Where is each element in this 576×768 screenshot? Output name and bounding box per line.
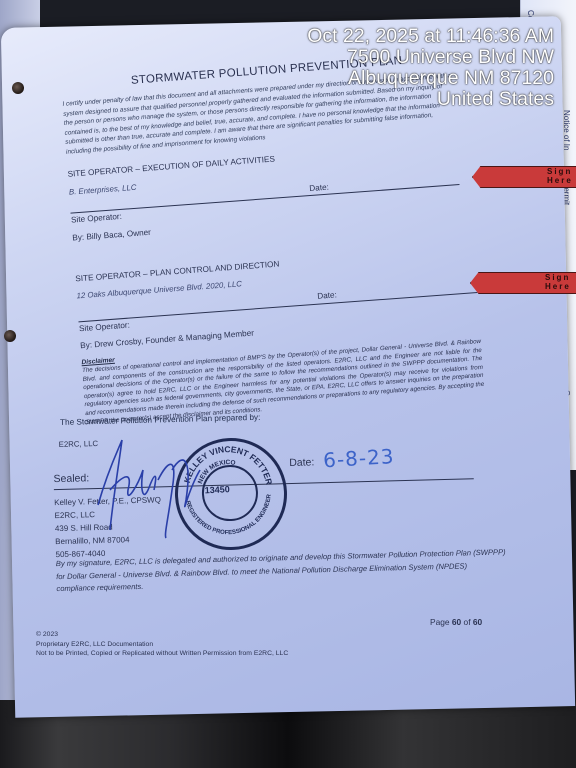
footer-line2: Not to be Printed, Copied or Replicated …	[36, 649, 288, 659]
binder-ring	[12, 82, 24, 94]
overlay-address-line2: Albuquerque NM 87120	[307, 68, 554, 89]
prepared-date-label: Date:	[289, 456, 314, 469]
photo-metadata-overlay: Oct 22, 2025 at 11:46:36 AM 7500 Univers…	[307, 26, 554, 110]
page-number: Page 60 of 60	[430, 617, 482, 627]
overlay-timestamp: Oct 22, 2025 at 11:46:36 AM	[307, 26, 554, 47]
section2-date-label: Date:	[317, 290, 337, 300]
sign-here-flag: Sign Here	[472, 166, 576, 188]
handwritten-date: 6-8-23	[322, 444, 395, 472]
document-footer: © 2023 Proprietary E2RC, LLC Documentati…	[36, 630, 288, 659]
handwritten-signature	[88, 430, 238, 540]
photo-scene: Corrective Action Re Notice of In Permit…	[0, 0, 576, 768]
sign-here-label: Sign Here	[545, 273, 576, 291]
sealed-label: Sealed:	[53, 472, 89, 485]
binder-ring	[4, 330, 16, 342]
section1-date-label: Date:	[309, 183, 329, 193]
footer-line1: Proprietary E2RC, LLC Documentation	[36, 640, 288, 650]
overlay-country: United States	[307, 89, 554, 110]
sign-here-flag: Sign Here	[470, 272, 576, 294]
sign-here-label: Sign Here	[547, 167, 576, 185]
overlay-address-line1: 7500 Universe Blvd NW	[307, 47, 554, 68]
footer-copyright: © 2023	[36, 630, 288, 640]
